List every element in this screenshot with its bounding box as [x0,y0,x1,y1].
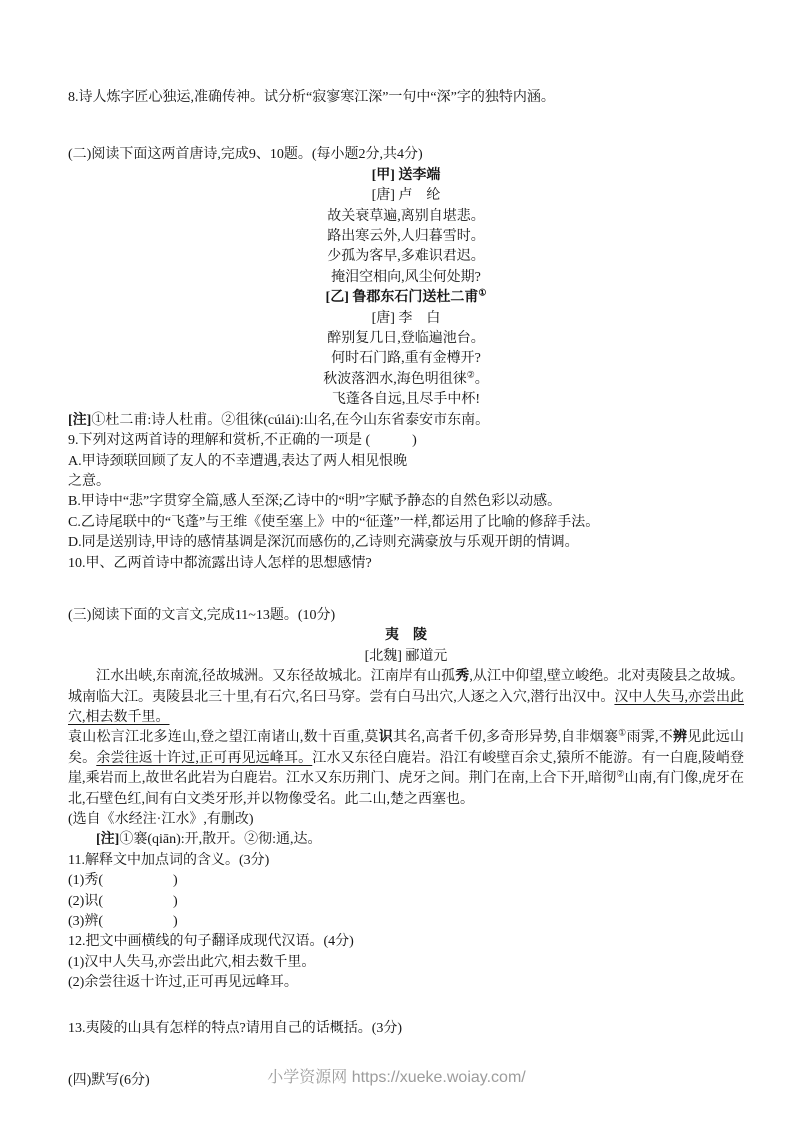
question-12-item: (2)余尝往返十许过,正可再见远峰耳。 [68,973,744,993]
poem-b-author: [唐] 李 白 [68,309,744,329]
question-9-option-line: 之意。 [68,472,744,492]
question-9-option-line: C.乙诗尾联中的“飞蓬”与王维《使至塞上》中的“征蓬”一样,都运用了比喻的修辞手… [68,513,744,533]
poem-a: [甲] 送李端 [唐] 卢 纶 故关衰草遍,离别自堪悲。 路出寒云外,人归暮雪时… [68,166,744,288]
poems-note: [注]①杜二甫:诗人杜甫。②徂徕(cúlái):山名,在今山东省泰安市东南。 [68,411,744,431]
question-9-option-line: D.同是送别诗,甲诗的感情基调是深沉而感伤的,乙诗则充满豪放与乐观开朗的情调。 [68,533,744,553]
question-8: 8.诗人炼字匠心独运,准确传神。试分析“寂寥寒江深”一句中“深”字的独特内涵。 [68,88,744,108]
passage-source: (选自《水经注·江水》,有删改) [68,810,744,830]
passage-paragraph-1: 江水出峡,东南流,径故城洲。又东径故城北。江南岸有山孤秀,从江中仰望,壁立峻绝。… [68,667,744,728]
section-3: (三)阅读下面的文言文,完成11~13题。(10分) 夷 陵 [北魏] 郦道元 … [68,606,744,1039]
passage-note: [注]①褰(qiān):开,散开。②彻:通,达。 [68,830,744,850]
passage-author: [北魏] 郦道元 [68,647,744,667]
exam-content: 8.诗人炼字匠心独运,准确传神。试分析“寂寥寒江深”一句中“深”字的独特内涵。 … [68,88,744,1091]
poem-a-line: 掩泪空相向,风尘何处期? [68,268,744,288]
section-2-header: (二)阅读下面这两首唐诗,完成9、10题。(每小题2分,共4分) [68,145,744,165]
question-9-option-line: B.甲诗中“悲”字贯穿全篇,感人至深;乙诗中的“明”字赋予静态的自然色彩以动感。 [68,492,744,512]
poem-a-line: 少孤为客早,多难识君迟。 [68,247,744,267]
section-3-header: (三)阅读下面的文言文,完成11~13题。(10分) [68,606,744,626]
poem-b-line: 醉别复几日,登临遍池台。 [68,329,744,349]
poem-a-title: [甲] 送李端 [68,166,744,186]
section-2: (二)阅读下面这两首唐诗,完成9、10题。(每小题2分,共4分) [甲] 送李端… [68,145,744,574]
footer-watermark: 小学资源网 https://xueke.woiay.com/ [0,1064,793,1087]
question-9-option-line: A.甲诗颈联回顾了友人的不幸遭遇,表达了两人相见恨晚 [68,452,744,472]
question-11: 11.解释文中加点词的含义。(3分) (1)秀( ) (2)识( ) (3)辨(… [68,851,744,933]
question-11-item: (3)辨( ) [68,912,744,932]
poem-b-title: [乙] 鲁郡东石门送杜二甫① [68,288,744,308]
question-9: 9.下列对这两首诗的理解和赏析,不正确的一项是 ( ) A.甲诗颈联回顾了友人的… [68,431,744,553]
poem-b: [乙] 鲁郡东石门送杜二甫① [唐] 李 白 醉别复几日,登临遍池台。 何时石门… [68,288,744,410]
question-12-item: (1)汉中人失马,亦尝出此穴,相去数千里。 [68,953,744,973]
question-11-stem: 11.解释文中加点词的含义。(3分) [68,851,744,871]
question-11-item: (2)识( ) [68,892,744,912]
passage-title: 夷 陵 [68,626,744,646]
exam-page: 8.诗人炼字匠心独运,准确传神。试分析“寂寥寒江深”一句中“深”字的独特内涵。 … [0,0,793,1122]
question-12-stem: 12.把文中画横线的句子翻译成现代汉语。(4分) [68,932,744,952]
poem-a-line: 故关衰草遍,离别自堪悲。 [68,207,744,227]
question-12: 12.把文中画横线的句子翻译成现代汉语。(4分) (1)汉中人失马,亦尝出此穴,… [68,932,744,993]
passage-paragraph-2: 袁山松言江北多连山,登之望江南诸山,数十百重,莫识其名,高者千仞,多奇形异势,自… [68,728,744,810]
poem-b-line: 何时石门路,重有金樽开? [68,349,744,369]
question-10: 10.甲、乙两首诗中都流露出诗人怎样的思想感情? [68,554,744,574]
question-9-stem: 9.下列对这两首诗的理解和赏析,不正确的一项是 ( ) [68,431,744,451]
poem-a-author: [唐] 卢 纶 [68,186,744,206]
question-13: 13.夷陵的山具有怎样的特点?请用自己的话概括。(3分) [68,1019,744,1039]
poem-b-line: 飞蓬各自远,且尽手中杯! [68,390,744,410]
poem-b-line: 秋波落泗水,海色明徂徕②。 [68,370,744,390]
question-11-item: (1)秀( ) [68,871,744,891]
poem-a-line: 路出寒云外,人归暮雪时。 [68,227,744,247]
